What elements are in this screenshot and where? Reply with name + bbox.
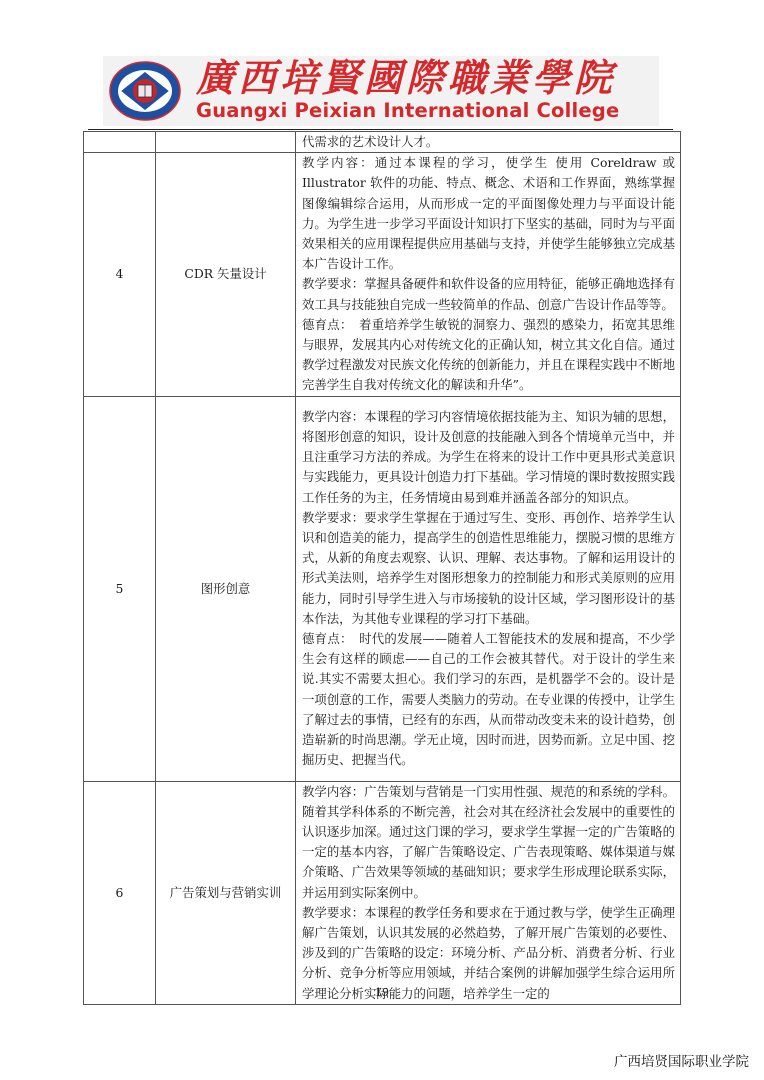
footer-org-name: 广西培贤国际职业学院: [614, 1050, 764, 1070]
teaching-requirement-paragraph: 教学要求：掌握具备硬件和软件设备的应用特征，能够正确地选择有效工具与技能独自完成…: [302, 274, 675, 314]
college-title-chinese: 廣西培賢國際職業學院: [196, 58, 656, 98]
course-name-cell: CDR 矢量设计: [156, 153, 296, 396]
course-number-cell: [84, 132, 156, 153]
college-emblem-icon: [108, 60, 182, 122]
course-name-cell: 广告策划与营销实训: [156, 781, 296, 1004]
moral-education-paragraph: 德育点： 着重培养学生敏锐的洞察力、强烈的感染力，拓宽其思维与眼界，发展其内心对…: [302, 315, 675, 396]
course-description-cell: 教学内容：本课程的学习内容情境依据技能为主、知识为辅的思想，将图形创意的知识，设…: [296, 396, 681, 781]
college-title-english: Guangxi Peixian International College: [196, 98, 656, 124]
course-table: 代需求的艺术设计人才。 4 CDR 矢量设计 教学内容：通过本课程的学习，使学生…: [83, 131, 681, 1005]
header-divider: [88, 129, 673, 130]
table-row: 代需求的艺术设计人才。: [84, 132, 681, 153]
teaching-content-paragraph: 教学内容：通过本课程的学习，使学生 使用 Coreldraw 或 Illustr…: [302, 153, 675, 274]
page-number: 19: [364, 986, 400, 999]
course-description-cell: 教学内容：通过本课程的学习，使学生 使用 Coreldraw 或 Illustr…: [296, 153, 681, 396]
course-number-cell: 5: [84, 396, 156, 781]
course-number-cell: 6: [84, 781, 156, 1004]
teaching-content-paragraph: 教学内容：广告策划与营销是一门实用性强、规范的和系统的学科。随着其学科体系的不断…: [302, 782, 675, 903]
moral-education-paragraph: 德育点： 时代的发展——随着人工智能技术的发展和提高，不少学生会有这样的顾虑——…: [302, 629, 675, 770]
table-row: 4 CDR 矢量设计 教学内容：通过本课程的学习，使学生 使用 Coreldra…: [84, 153, 681, 396]
table-row: 6 广告策划与营销实训 教学内容：广告策划与营销是一门实用性强、规范的和系统的学…: [84, 781, 681, 1004]
table-row: 5 图形创意 教学内容：本课程的学习内容情境依据技能为主、知识为辅的思想，将图形…: [84, 396, 681, 781]
teaching-content-paragraph: 教学内容：本课程的学习内容情境依据技能为主、知识为辅的思想，将图形创意的知识，设…: [302, 407, 675, 508]
teaching-requirement-paragraph: 教学要求：要求学生掌握在于通过写生、变形、再创作、培养学生认识和创造美的能力，提…: [302, 508, 675, 629]
course-description-cell: 教学内容：广告策划与营销是一门实用性强、规范的和系统的学科。随着其学科体系的不断…: [296, 781, 681, 1004]
teaching-requirement-paragraph: 教学要求：本课程的教学任务和要求在于通过教与学，使学生正确理解广告策划，认识其发…: [302, 903, 675, 1004]
description-paragraph: 代需求的艺术设计人才。: [302, 132, 675, 152]
course-description-cell: 代需求的艺术设计人才。: [296, 132, 681, 153]
course-name-cell: 图形创意: [156, 396, 296, 781]
course-number-cell: 4: [84, 153, 156, 396]
course-name-cell: [156, 132, 296, 153]
